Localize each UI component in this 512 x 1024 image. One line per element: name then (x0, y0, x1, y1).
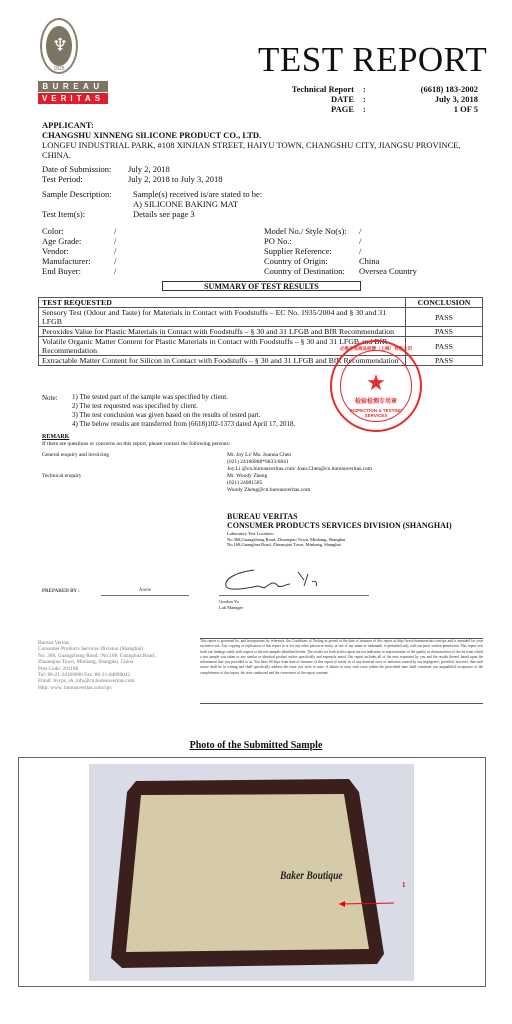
general-contacts: Mr. Joy Li/ Ms. Joanna Chen (021) 241668… (227, 452, 372, 494)
applicant-address: LONGFU INDUSTRIAL PARK, #108 XINJIAN STR… (42, 140, 461, 150)
test-result: PASS (406, 356, 483, 366)
meta-label: PAGE (288, 104, 354, 114)
test-result: PASS (406, 308, 483, 327)
signer-block: Gordon Yu Lab Manager (219, 599, 243, 610)
signature-line (219, 595, 369, 596)
callout-number: 1 (402, 881, 406, 889)
attr-label: PO No.: (264, 236, 292, 246)
attr-label: Manufacturer: (42, 256, 91, 266)
meta-label: DATE (288, 94, 354, 104)
column-header: CONCLUSION (406, 298, 483, 308)
column-header: TEST REQUESTED (39, 298, 406, 308)
sample-label: Sample Description: (42, 189, 112, 199)
attr-label: Age Grade: (42, 236, 81, 246)
meta-value: July 3, 2018 (380, 94, 478, 104)
contact-line: (021) 24081585 (227, 480, 372, 487)
stamp-seal-text: 检验检测专用章 (340, 396, 412, 405)
logo-veritas: VERITAS (38, 93, 108, 104)
note-label: Note: (42, 393, 58, 403)
contact-line: Mr. Woody Zheng (227, 473, 372, 480)
report-title: TEST REPORT (258, 42, 487, 78)
meta-colon: : (363, 84, 366, 94)
prepared-by-label: PREPARED BY : (42, 589, 80, 594)
attr-value: China (359, 256, 379, 266)
test-result: PASS (406, 327, 483, 337)
items-label: Test Item(s): (42, 209, 85, 219)
division-name: BUREAU VERITAS (227, 512, 298, 521)
note-item: 2) The test requested was specified by c… (72, 402, 295, 411)
attr-value: / (114, 226, 116, 236)
meta-label: Technical Report (288, 84, 354, 94)
baking-mat-illustration (89, 764, 414, 981)
period-label: Test Period: (42, 174, 83, 184)
footer-address: Bureau Veritas Consumer Products Service… (38, 640, 198, 691)
applicant-company: CHANGSHU XINNENG SILICONE PRODUCT CO., L… (42, 130, 261, 140)
attr-label: End Buyer: (42, 266, 81, 276)
attr-label: Model No./ Style No(s): (264, 226, 347, 236)
test-name: Sensory Test (Odour and Taste) for Mater… (39, 308, 406, 327)
attr-value: / (114, 236, 116, 246)
remark-heading: REMARK (42, 434, 69, 440)
note-item: 1) The tested part of the sample was spe… (72, 393, 295, 402)
attr-label: Color: (42, 226, 64, 236)
signature-image (218, 566, 338, 594)
attr-value: / (359, 226, 361, 236)
contact-line: Mr. Joy Li/ Ms. Joanna Chen (227, 452, 372, 459)
logo-year: 1828 (46, 66, 72, 72)
note-item: 4) The below results are transferred fro… (72, 420, 295, 429)
logo-bureau: BUREAU (38, 81, 108, 92)
stamp-star-icon: ★ (356, 372, 396, 396)
remark-intro: If there are questions or concerns on th… (42, 441, 230, 447)
meta-value: (6618) 183-2002 (380, 84, 478, 94)
stamp-bottom-ring-text: INSPECTION & TESTING SERVICES (340, 408, 412, 418)
applicant-heading: APPLICANT: (42, 120, 94, 130)
attr-label: Country of Origin: (264, 256, 328, 266)
prepared-by-name: Annie (101, 588, 189, 593)
table-row: Sensory Test (Odour and Taste) for Mater… (39, 308, 483, 327)
stamp-ring-text: 必维申美商品检测（上海）有限公司 (340, 346, 412, 352)
contact-line: (021) 24166888*6833/6841 (227, 459, 372, 466)
test-name: Peroxides Value for Plastic Materials in… (39, 327, 406, 337)
division-subname: CONSUMER PRODUCTS SERVICES DIVISION (SHA… (227, 521, 452, 530)
attr-value: / (114, 266, 116, 276)
lab-address: No.168,Guanghua Road, Zhuanqiao Town, Mi… (227, 542, 345, 548)
legal-disclaimer: This report is governed by, and incorpor… (200, 638, 483, 704)
logo-figure-icon: ♆ (52, 33, 66, 59)
sample-value-2: A) SILICONE BAKING MAT (133, 199, 238, 209)
attr-value: Oversea Country (359, 266, 417, 276)
technical-enquiry-label: Technical enquiry (42, 473, 81, 479)
footer-website[interactable]: Http: www. bureauveritas.com/cps (38, 685, 198, 691)
prepared-by-line (101, 595, 189, 596)
lab-location: Laboratory Test Location: No.368,Guangzh… (227, 531, 345, 548)
results-table: TEST REQUESTED CONCLUSION Sensory Test (… (38, 297, 483, 366)
meta-value: 1 OF 5 (380, 104, 478, 114)
attr-value: / (114, 256, 116, 266)
table-row: Volatile Organic Matter Content for Plas… (39, 337, 483, 356)
signer-title: Lab Manager (219, 605, 243, 611)
mat-brand-label: Baker Boutique (280, 868, 343, 883)
general-enquiry-label: General enquiry and invoicing (42, 452, 109, 458)
attr-value: / (359, 246, 361, 256)
meta-colon: : (363, 94, 366, 104)
contact-email[interactable]: Woody Zheng@cn.bureauveritas.com (227, 487, 372, 494)
meta-colon: : (363, 104, 366, 114)
period-value: July 2, 2018 to July 3, 2018 (128, 174, 222, 184)
test-result: PASS (406, 337, 483, 356)
items-value: Details see page 3 (133, 209, 195, 219)
contact-email[interactable]: Joy.Li @cn.bureauveritas.com/ Joan.Chen@… (227, 466, 372, 473)
table-row: Peroxides Value for Plastic Materials in… (39, 327, 483, 337)
summary-title: SUMMARY OF TEST RESULTS (162, 281, 361, 291)
attr-label: Supplier Reference: (264, 246, 332, 256)
submission-label: Date of Submission: (42, 164, 111, 174)
table-header-row: TEST REQUESTED CONCLUSION (39, 298, 483, 308)
attr-value: / (359, 236, 361, 246)
submission-value: July 2, 2018 (128, 164, 170, 174)
attr-label: Country of Destination: (264, 266, 345, 276)
attr-value: / (114, 246, 116, 256)
note-item: 3) The test conclusion was given based o… (72, 411, 295, 420)
photo-title: Photo of the Submitted Sample (0, 740, 512, 751)
applicant-address-2: CHINA. (42, 150, 71, 160)
notes-list: 1) The tested part of the sample was spe… (72, 393, 295, 429)
sample-value: Sample(s) received is/are stated to be: (133, 189, 262, 199)
attr-label: Vendor: (42, 246, 69, 256)
